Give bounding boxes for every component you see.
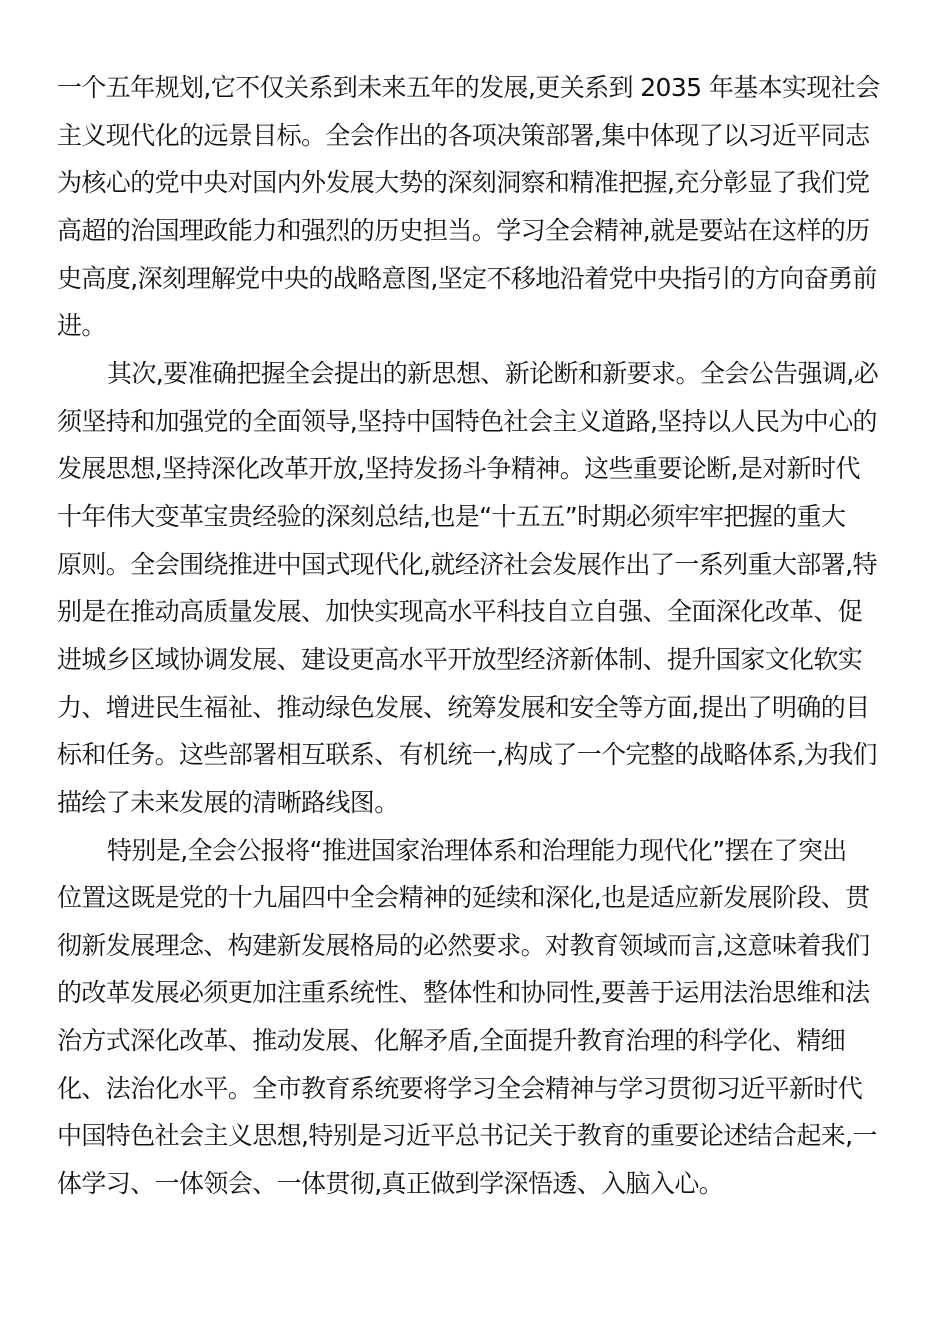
text-line: 发展思想,坚持深化改革开放,坚持发扬斗争精神。这些重要论断,是对新时代 — [57, 445, 893, 493]
text-line: 为核心的党中央对国内外发展大势的深刻洞察和精准把握,充分彰显了我们党 — [57, 159, 893, 207]
paragraph-1: 一个五年规划,它不仅关系到未来五年的发展,更关系到 2035 年基本实现社会 主… — [57, 64, 893, 350]
text-line: 须坚持和加强党的全面领导,坚持中国特色社会主义道路,坚持以人民为中心的 — [57, 398, 893, 446]
text-line: 原则。全会围绕推进中国式现代化,就经济社会发展作出了一系列重大部署,特 — [57, 541, 893, 589]
text-line: 特别是,全会公报将“推进国家治理体系和治理能力现代化”摆在了突出 — [57, 827, 893, 875]
text-line: 的改革发展必须更加注重系统性、整体性和协同性,要善于运用法治思维和法 — [57, 969, 893, 1017]
paragraph-3: 特别是,全会公报将“推进国家治理体系和治理能力现代化”摆在了突出 位置这既是党的… — [57, 827, 893, 1208]
text-line: 其次,要准确把握全会提出的新思想、新论断和新要求。全会公告强调,必 — [57, 350, 893, 398]
text-line: 治方式深化改革、推动发展、化解矛盾,全面提升教育治理的科学化、精细 — [57, 1017, 893, 1065]
text-line: 中国特色社会主义思想,特别是习近平总书记关于教育的重要论述结合起来,一 — [57, 1112, 893, 1160]
text-line: 十年伟大变革宝贵经验的深刻总结,也是“十五五”时期必须牢牢把握的重大 — [57, 493, 893, 541]
paragraph-2: 其次,要准确把握全会提出的新思想、新论断和新要求。全会公告强调,必 须坚持和加强… — [57, 350, 893, 827]
text-line: 力、增进民生福祉、推动绿色发展、统筹发展和安全等方面,提出了明确的目 — [57, 684, 893, 732]
text-line: 标和任务。这些部署相互联系、有机统一,构成了一个完整的战略体系,为我们 — [57, 731, 893, 779]
text-line: 主义现代化的远景目标。全会作出的各项决策部署,集中体现了以习近平同志 — [57, 112, 893, 160]
text-line: 史高度,深刻理解党中央的战略意图,坚定不移地沿着党中央指引的方向奋勇前 — [57, 255, 893, 303]
text-line: 彻新发展理念、构建新发展格局的必然要求。对教育领域而言,这意味着我们 — [57, 922, 893, 970]
text-line: 一个五年规划,它不仅关系到未来五年的发展,更关系到 2035 年基本实现社会 — [57, 64, 893, 112]
text-line: 位置这既是党的十九届四中全会精神的延续和深化,也是适应新发展阶段、贯 — [57, 874, 893, 922]
text-line: 进。 — [57, 302, 893, 350]
text-line: 进城乡区域协调发展、建设更高水平开放型经济新体制、提升国家文化软实 — [57, 636, 893, 684]
document-page: 一个五年规划,它不仅关系到未来五年的发展,更关系到 2035 年基本实现社会 主… — [57, 64, 893, 1208]
text-line: 描绘了未来发展的清晰路线图。 — [57, 779, 893, 827]
text-line: 化、法治化水平。全市教育系统要将学习全会精神与学习贯彻习近平新时代 — [57, 1065, 893, 1113]
text-line: 别是在推动高质量发展、加快实现高水平科技自立自强、全面深化改革、促 — [57, 588, 893, 636]
text-line: 高超的治国理政能力和强烈的历史担当。学习全会精神,就是要站在这样的历 — [57, 207, 893, 255]
text-line: 体学习、一体领会、一体贯彻,真正做到学深悟透、入脑入心。 — [57, 1160, 893, 1208]
